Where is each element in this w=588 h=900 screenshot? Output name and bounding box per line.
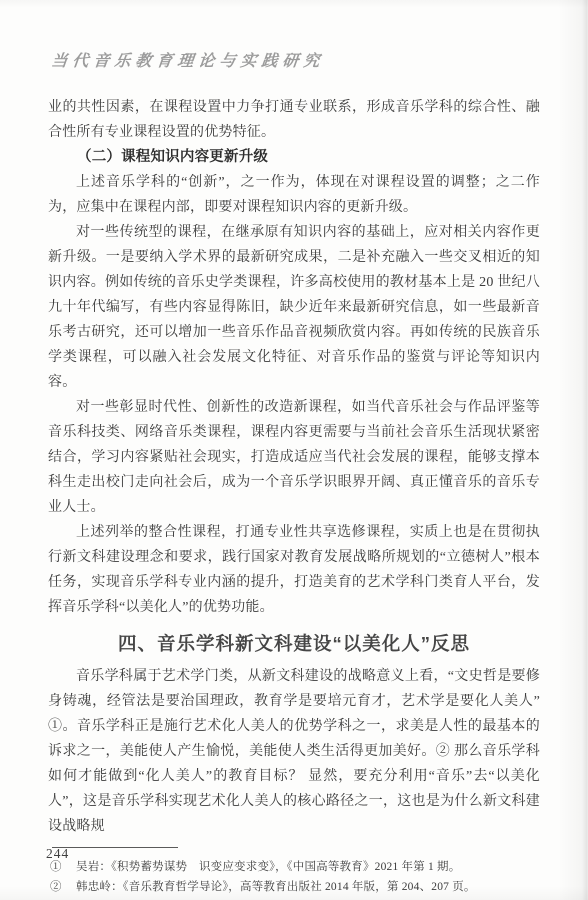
running-header: 当代音乐教育理论与实践研究 <box>50 48 543 74</box>
page-content: 当代音乐教育理论与实践研究 业的共性因素，在课程设置中力争打通专业联系，形成音乐… <box>0 0 588 897</box>
footnote-marker: ② <box>48 877 76 897</box>
paragraph: 上述列举的整合性课程，打通专业性共享选修课程，实质上也是在贯彻执行新文科建设理念… <box>48 520 540 620</box>
paragraph: 音乐学科属于艺术学门类，从新文科建设的战略意义上看，“文史哲是要修身铸魂，经管法… <box>48 664 540 839</box>
footnote-text: 吴岩：《积势蓄势谋势 识变应变求变》，《中国高等教育》2021 年第 1 期。 <box>76 857 540 877</box>
footnote: ① 吴岩：《积势蓄势谋势 识变应变求变》，《中国高等教育》2021 年第 1 期… <box>48 857 540 877</box>
footnote-separator <box>52 847 178 848</box>
footnote-text: 韩忠岭：《音乐教育哲学导论》，高等教育出版社 2014 年版，第 204、207… <box>76 877 540 897</box>
paragraph: 对一些传统型的课程，在继承原有知识内容的基础上，应对相关内容作更新升级。一是要纳… <box>48 220 540 395</box>
paragraph: 对一些彰显时代性、创新性的改造新课程，如当代音乐社会与作品评鉴等音乐科技类、网络… <box>48 395 540 520</box>
paragraph-continuation: 业的共性因素，在课程设置中力争打通专业联系，形成音乐学科的综合性、融合性所有专业… <box>48 95 540 145</box>
paragraph: 上述音乐学科的“创新”，之一作为，体现在对课程设置的调整；之二作为，应集中在课程… <box>48 170 540 220</box>
body-text: 业的共性因素，在课程设置中力争打通专业联系，形成音乐学科的综合性、融合性所有专业… <box>48 95 540 839</box>
sub-heading: （二）课程知识内容更新升级 <box>48 145 540 170</box>
footnotes: ① 吴岩：《积势蓄势谋势 识变应变求变》，《中国高等教育》2021 年第 1 期… <box>48 847 540 897</box>
section-heading: 四、音乐学科新文科建设“以美化人”反思 <box>48 631 540 656</box>
footnote: ② 韩忠岭：《音乐教育哲学导论》，高等教育出版社 2014 年版，第 204、2… <box>48 877 540 897</box>
book-page: 当代音乐教育理论与实践研究 业的共性因素，在课程设置中力争打通专业联系，形成音乐… <box>0 0 588 900</box>
page-number: 244 <box>46 846 69 862</box>
